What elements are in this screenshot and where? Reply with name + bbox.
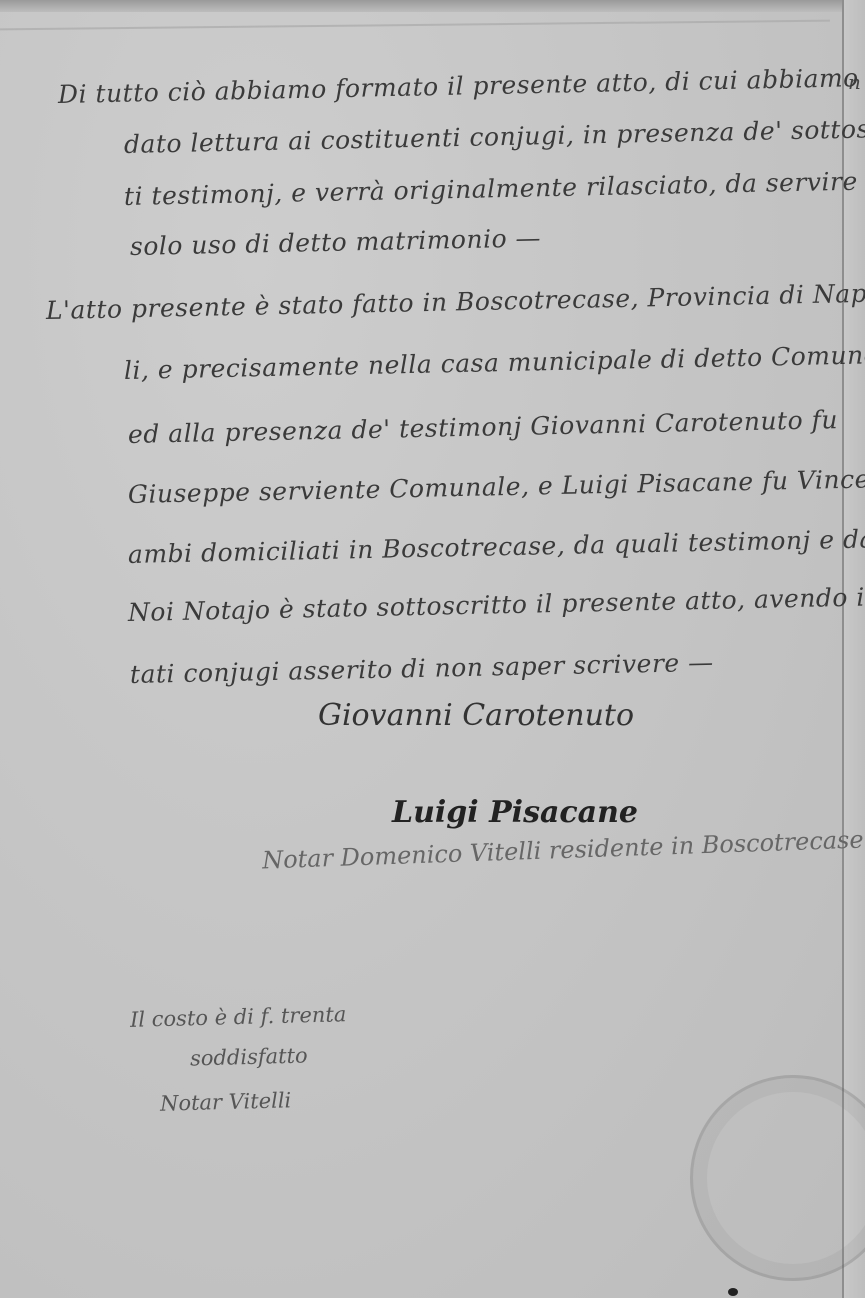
margin-note-paid: soddisfatto (190, 1043, 308, 1070)
signature-luigi-pisacane: Luigi Pisacane (392, 795, 638, 830)
margin-note-notary: Notar Vitelli (160, 1088, 292, 1115)
page-top-edge (0, 0, 865, 12)
signature-giovanni-carotenuto: Giovanni Carotenuto (318, 698, 634, 733)
ink-blot (728, 1288, 738, 1296)
